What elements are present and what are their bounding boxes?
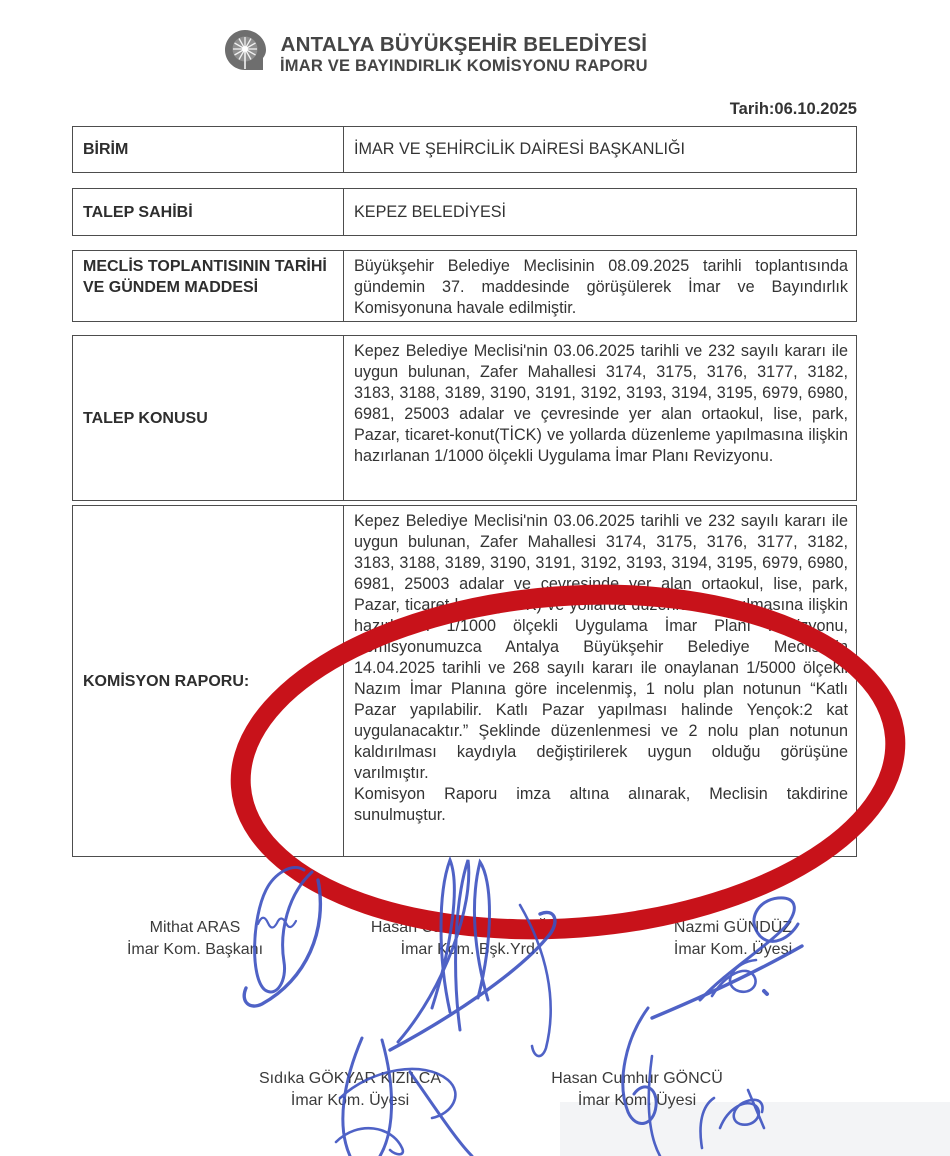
signature-role: İmar Kom. Üyesi <box>527 1090 747 1112</box>
signature-name: Mithat ARAS <box>105 917 285 939</box>
antalya-municipality-emblem-icon <box>222 28 268 81</box>
cell-label-birim: BİRİM <box>73 127 343 172</box>
signature-role: İmar Kom. Bşk.Yrd. <box>350 939 590 961</box>
signature-block-mithat-aras: Mithat ARAS İmar Kom. Başkanı <box>105 917 285 960</box>
cell-value-birim: İMAR VE ŞEHİRCİLİK DAİRESİ BAŞKANLIĞI <box>343 127 856 172</box>
cell-label-talep-konusu: TALEP KONUSU <box>73 336 343 500</box>
table-row-meclis-toplantisi: MECLİS TOPLANTISININ TARİHİ VE GÜNDEM MA… <box>72 250 857 322</box>
cell-label-talep-sahibi: TALEP SAHİBİ <box>73 189 343 235</box>
scanned-commission-report: { "header": { "title_line1": "ANTALYA BÜ… <box>0 0 950 1156</box>
cell-label-meclis-toplantisi: MECLİS TOPLANTISININ TARİHİ VE GÜNDEM MA… <box>73 251 343 321</box>
signature-role: İmar Kom. Üyesi <box>240 1090 460 1112</box>
page-title: ANTALYA BÜYÜKŞEHİR BELEDİYESİ <box>281 33 648 57</box>
document-header: ANTALYA BÜYÜKŞEHİR BELEDİYESİ İMAR VE BA… <box>222 28 648 81</box>
cell-value-talep-konusu: Kepez Belediye Meclisi'nin 03.06.2025 ta… <box>343 336 856 500</box>
signature-block-sidika-gokyar-kizilca: Sıdıka GÖKYAR KIZILCA İmar Kom. Üyesi <box>240 1068 460 1111</box>
page-subtitle: İMAR VE BAYINDIRLIK KOMİSYONU RAPORU <box>280 57 648 76</box>
table-row-talep-sahibi: TALEP SAHİBİ KEPEZ BELEDİYESİ <box>72 188 857 236</box>
table-row-talep-konusu: TALEP KONUSU Kepez Belediye Meclisi'nin … <box>72 335 857 501</box>
signature-role: İmar Kom. Üyesi <box>643 939 823 961</box>
report-date: Tarih:06.10.2025 <box>730 100 857 119</box>
signature-name: Sıdıka GÖKYAR KIZILCA <box>240 1068 460 1090</box>
cell-value-talep-sahibi: KEPEZ BELEDİYESİ <box>343 189 856 235</box>
signature-block-hasan-cumhur-goncu: Hasan Cumhur GÖNCÜ İmar Kom. Üyesi <box>527 1068 747 1111</box>
signature-name: Hasan Cumhur GÖNCÜ <box>527 1068 747 1090</box>
cell-value-meclis-toplantisi: Büyükşehir Belediye Meclisinin 08.09.202… <box>343 251 856 321</box>
table-row-birim: BİRİM İMAR VE ŞEHİRCİLİK DAİRESİ BAŞKANL… <box>72 126 857 173</box>
signature-role: İmar Kom. Başkanı <box>105 939 285 961</box>
